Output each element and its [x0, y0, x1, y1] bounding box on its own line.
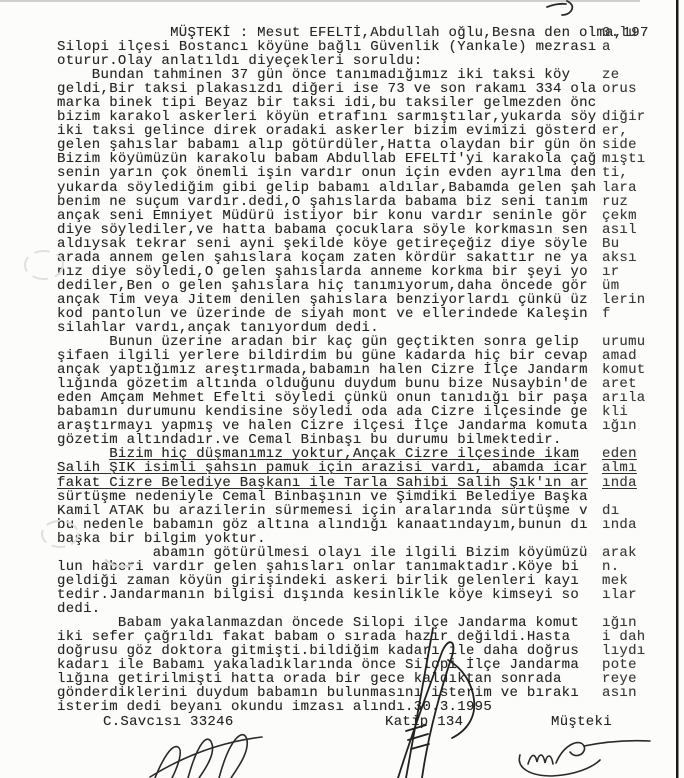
- line-text: yukarda söylediğim gibi gelip babamı ald…: [57, 181, 596, 195]
- line-text: iki sefer çağrıldı fakat babam o sırada …: [57, 630, 570, 644]
- text-line: iki sefer çağrıldı fakat babam o sırada …: [57, 630, 677, 644]
- scan-top-shadow: [0, 0, 640, 2]
- line-text: aldıysak tekrar seni ayni şekilde köye g…: [57, 237, 588, 251]
- fold-fragment: ılar: [602, 588, 637, 602]
- line-text: arada annem gelen şahıslara koçam zaten …: [57, 251, 588, 265]
- fold-fragment: ığın: [602, 616, 637, 630]
- line-text: doğrusu göz doktora gitmişti.bildiğim ka…: [57, 644, 579, 658]
- fold-fragment: komut: [602, 363, 646, 377]
- line-text: silahlar vardı,ançak tanıyordum dedi.: [57, 321, 379, 335]
- text-line: ançak seni Emniyet Müdürü istiyor bir ko…: [57, 209, 677, 223]
- fold-fragment: almı: [602, 461, 637, 475]
- clerk-label: Katip 134: [385, 714, 463, 730]
- text-line: geldiği zaman köyün girişindeki askeri b…: [57, 574, 677, 588]
- prosecutor-label: C.Savcısı 33246: [103, 714, 234, 730]
- text-line: bu nedenle babamın göz altına alındığı k…: [57, 518, 677, 532]
- line-text: Bunun üzerine aradan bir kaç gün geçtikt…: [57, 335, 579, 349]
- fold-fragment: ti,: [602, 166, 628, 180]
- line-text: Silopi ilçesi Bostancı köyüne bağlı Güve…: [57, 40, 596, 54]
- line-text: ançak seni Emniyet Müdürü istiyor bir ko…: [57, 209, 588, 223]
- fold-fragment: aksı: [602, 251, 637, 265]
- fold-fragment: Bu: [602, 237, 619, 251]
- line-text: benim ne suçum vardır.dedi,O şahıslarda …: [57, 195, 588, 209]
- fold-fragment: ruz: [602, 195, 628, 209]
- fold-fragment: reye: [602, 672, 637, 686]
- fold-fragment: diğir: [602, 110, 646, 124]
- line-text: dedi.: [57, 602, 101, 616]
- line-text: fakat Cizre Belediye Başkanı ile Tarla S…: [57, 476, 588, 490]
- text-line: kod pantolun ve üzerinde de siyah mont v…: [57, 307, 677, 321]
- fold-fragment: ır: [602, 265, 619, 279]
- complainant-signature: [519, 741, 650, 776]
- fold-fragment: urumu: [602, 335, 646, 349]
- text-line: benim ne suçum vardır.dedi,O şahıslarda …: [57, 195, 677, 209]
- text-line: senin yarın çok önemli işin vardır onun …: [57, 166, 677, 180]
- line-text: senin yarın çok önemli işin vardır onun …: [57, 166, 596, 180]
- fold-fragment: ında: [602, 476, 637, 490]
- text-line: Babam yakalanmazdan öncede Silopi ilçe J…: [57, 616, 677, 630]
- fold-fragment: orus: [602, 82, 637, 96]
- line-text: diye söylediler,ve hatta babama çocuklar…: [57, 223, 588, 237]
- fold-fragment: çekm: [602, 209, 637, 223]
- line-text: geldiği zaman köyün girişindeki askeri b…: [57, 574, 579, 588]
- text-line: diye söylediler,ve hatta babama çocuklar…: [57, 223, 677, 237]
- text-line: MÜŞTEKİ : Mesut EFELTİ,Abdullah oğlu,Bes…: [57, 26, 677, 40]
- line-text: abamın götürülmesi olayı ile ilgili Bizi…: [57, 546, 588, 560]
- fold-fragment: side: [602, 138, 637, 152]
- scanned-document-page: MÜŞTEKİ : Mesut EFELTİ,Abdullah oğlu,Bes…: [0, 0, 684, 778]
- fold-fragment: i dah: [602, 630, 646, 644]
- fold-fragment: 0.lu: [602, 26, 637, 40]
- complainant-label: Müşteki: [551, 714, 612, 730]
- text-line: arada annem gelen şahıslara koçam zaten …: [57, 251, 677, 265]
- fold-fragment: arak: [602, 546, 637, 560]
- text-line: başka bir bilgim yoktur.: [57, 532, 677, 546]
- line-text: lun haberi vardır gelen şahısları onlar …: [57, 560, 579, 574]
- text-line: Bunun üzerine aradan bir kaç gün geçtikt…: [57, 335, 677, 349]
- text-line: Silopi ilçesi Bostancı köyüne bağlı Güve…: [57, 40, 677, 54]
- fold-fragment: lıydı: [602, 644, 646, 658]
- line-text: Kamil ATAK bu arazilerin sürmemesi için …: [57, 504, 588, 518]
- line-text: bu nedenle babamın göz altına alındığı k…: [57, 518, 588, 532]
- text-line: ançak Tim veya Jitem denilen şahıslara b…: [57, 293, 677, 307]
- text-line: fakat Cizre Belediye Başkanı ile Tarla S…: [57, 476, 677, 490]
- signature-row: C.Savcısı 33246 Katip 134 Müşteki: [0, 714, 684, 730]
- fold-fragment: ında: [602, 518, 637, 532]
- fold-fragment: dı: [602, 504, 619, 518]
- line-text: isterim dedi beyanı okundu imzası alındı…: [57, 700, 492, 714]
- fold-fragment: lara: [602, 181, 637, 195]
- text-line: lun haberi vardır gelen şahısları onlar …: [57, 560, 677, 574]
- text-line: tedir.Jandarmanın bilgisi dışında kesinl…: [57, 588, 677, 602]
- corner-mark: [547, 1, 572, 15]
- text-line: silahlar vardı,ançak tanıyordum dedi.: [57, 321, 677, 335]
- text-block: MÜŞTEKİ : Mesut EFELTİ,Abdullah oğlu,Bes…: [57, 26, 677, 714]
- fold-fragment: n.: [602, 560, 619, 574]
- fold-fragment: ze: [602, 68, 619, 82]
- text-line: doğrusu göz doktora gitmişti.bildiğim ka…: [57, 644, 677, 658]
- fold-fragment: asın: [602, 686, 637, 700]
- text-line: nız diye söyledi,O gelen şahıslarda anne…: [57, 265, 677, 279]
- fold-fragment: asıl: [602, 223, 637, 237]
- fold-fragment: a: [602, 40, 611, 54]
- fold-fragment: f: [602, 307, 611, 321]
- line-text: Babam yakalanmazdan öncede Silopi ilçe J…: [57, 616, 579, 630]
- fold-fragment: lerin: [602, 293, 646, 307]
- text-line: dediler,Ben o gelen şahıslara hiç tanımı…: [57, 279, 677, 293]
- fold-fragment: üm: [602, 279, 619, 293]
- text-line: isterim dedi beyanı okundu imzası alındı…: [57, 700, 677, 714]
- fold-fragment: mek: [602, 574, 628, 588]
- line-text: ançak Tim veya Jitem denilen şahıslara b…: [57, 293, 588, 307]
- text-line: Salih ŞIK isimli şahsın pamuk için arazi…: [57, 461, 677, 475]
- fold-fragment: ığın: [602, 419, 637, 433]
- line-text: başka bir bilgim yoktur.: [57, 532, 266, 546]
- text-line: aldıysak tekrar seni ayni şekilde köye g…: [57, 237, 677, 251]
- line-text: dediler,Ben o gelen şahıslara hiç tanımı…: [57, 279, 588, 293]
- text-line: Kamil ATAK bu arazilerin sürmemesi için …: [57, 504, 677, 518]
- text-line: yukarda söylediğim gibi gelip babamı ald…: [57, 181, 677, 195]
- line-text: MÜŞTEKİ : Mesut EFELTİ,Abdullah oğlu,Bes…: [57, 26, 649, 40]
- text-line: sürtüşme nedeniyle Cemal Binbaşının ve Ş…: [57, 490, 677, 504]
- text-line: dedi.: [57, 602, 677, 616]
- line-text: Salih ŞIK isimli şahsın pamuk için arazi…: [57, 461, 588, 475]
- fold-fragment: pote: [602, 658, 637, 672]
- line-text: sürtüşme nedeniyle Cemal Binbaşının ve Ş…: [57, 490, 588, 504]
- line-text: kod pantolun ve üzerinde de siyah mont v…: [57, 307, 588, 321]
- text-line: abamın götürülmesi olayı ile ilgili Bizi…: [57, 546, 677, 560]
- line-text: tedir.Jandarmanın bilgisi dışında kesinl…: [57, 588, 579, 602]
- prosecutor-signature: [150, 735, 262, 778]
- line-text: nız diye söyledi,O gelen şahıslarda anne…: [57, 265, 588, 279]
